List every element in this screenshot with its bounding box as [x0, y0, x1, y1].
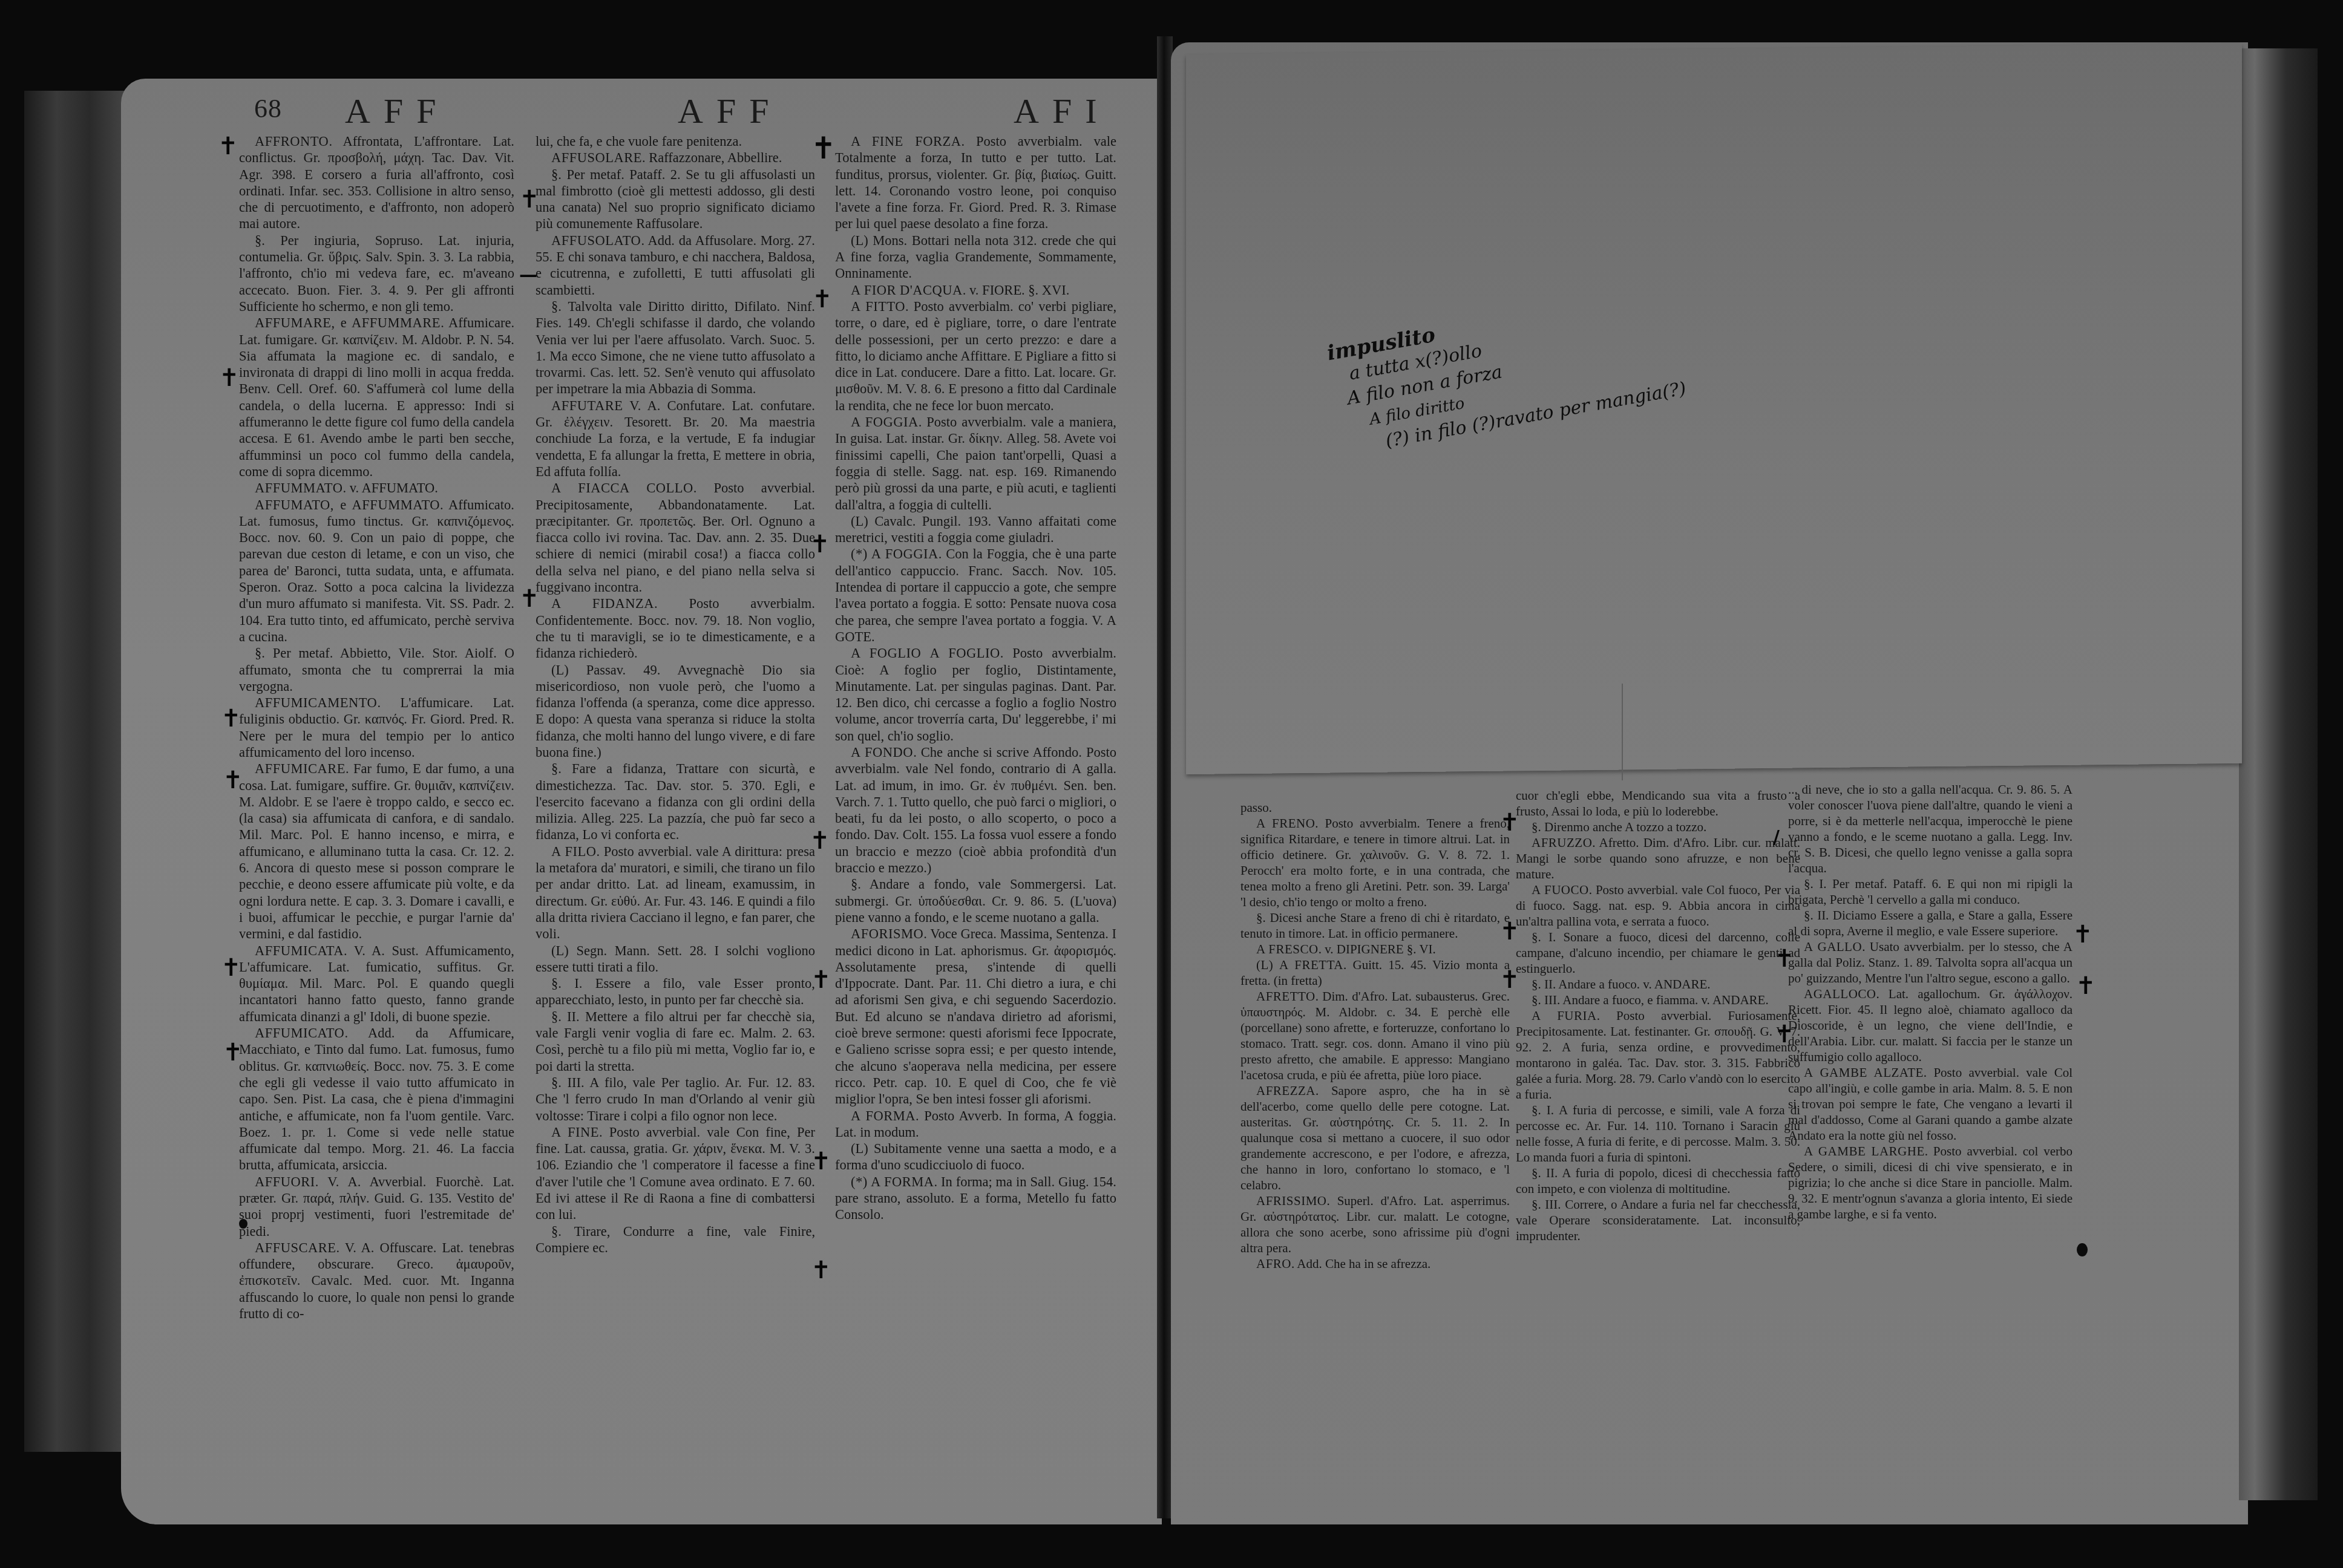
dictionary-subentry: ... di neve, che io sto a galla nell'acq… [1788, 782, 2073, 876]
entry-text: §. II. Mettere a filo altrui per far che… [536, 1009, 815, 1074]
dictionary-entry: AFFUTARE V. A. Confutare. Lat. confutare… [536, 397, 815, 480]
entry-text: §. Per metaf. Pataff. 2. Se tu gli affus… [536, 167, 815, 232]
margin-cross-mark-icon: ✝ [1774, 1022, 1795, 1047]
margin-dash-mark-icon: — [519, 266, 537, 284]
dictionary-subentry: §. Tirare, Condurre a fine, vale Finire,… [536, 1223, 815, 1256]
left-page-column-2: lui, che fa, e che vuole fare penitenza.… [536, 133, 815, 1256]
entry-headword: AFFUMICAMENTO [255, 695, 377, 710]
entry-text: . Che anche si scrive Affondo. Posto avv… [835, 745, 1116, 875]
entry-text: . Far fumo, E dar fumo, a una cosa. Lat.… [239, 761, 514, 941]
dictionary-entry: A FINE. Posto avverbial. vale Con fine, … [536, 1124, 815, 1223]
margin-cross-mark-icon: ✝ [1499, 968, 1520, 992]
dictionary-subentry: §. II. A furia di popolo, dicesi di chec… [1516, 1165, 1800, 1197]
margin-cross-mark-icon: ✝ [223, 768, 243, 792]
dictionary-subentry: §. I. Sonare a fuoco, dicesi del darcenn… [1516, 929, 1800, 976]
entry-headword: AFRISSIMO [1256, 1194, 1327, 1208]
left-page-column-3: A FINE FORZA. Posto avverbialm. vale Tot… [835, 133, 1116, 1223]
dictionary-subentry: §. II. Andare a fuoco. v. ANDARE. [1516, 976, 1800, 992]
dictionary-entry: A FILO. Posto avverbial. vale A dirittur… [536, 843, 815, 942]
running-head-right: AFI [1014, 91, 1110, 131]
entry-headword: AFFUORI [255, 1174, 315, 1189]
running-head: 68 AFF AFF AFI [254, 91, 1138, 139]
entry-text: §. Dicesi anche Stare a freno di chi è r… [1240, 910, 1510, 941]
dictionary-entry: A FIACCA COLLO. Posto avverbial. Precipi… [536, 480, 815, 595]
dictionary-subentry: passo. [1240, 800, 1510, 815]
entry-headword: (L) A FRETTA [1256, 958, 1343, 972]
dictionary-entry: A GALLO. Usato avverbialm. per lo stesso… [1788, 939, 2073, 986]
entry-headword: AFFUSCARE [255, 1240, 336, 1255]
entry-text: (L) Mons. Bottari nella nota 312. crede … [835, 233, 1116, 281]
entry-headword: AFRETTO [1256, 989, 1316, 1004]
margin-cross-mark-icon: ✝ [2076, 974, 2096, 998]
entry-text: (L) Segn. Mann. Sett. 28. I solchi vogli… [536, 943, 815, 975]
entry-text: . Affumicare. Lat. fumigare. Gr. καπνίζε… [239, 315, 514, 479]
dictionary-entry: AFFRONTO. Affrontata, L'affrontare. Lat.… [239, 133, 514, 232]
entry-headword: A FINE [551, 1125, 599, 1140]
margin-cross-mark-icon: ✝ [812, 287, 833, 312]
margin-cross-mark-icon: ✝ [811, 1149, 831, 1174]
entry-headword: A FRESCO [1256, 942, 1319, 956]
entry-text: (L) Cavalc. Pungil. 193. Vanno affaitati… [835, 514, 1116, 545]
margin-cross-mark-icon: ✝ [2073, 923, 2093, 947]
dictionary-subentry: §. Talvolta vale Diritto diritto, Difila… [536, 298, 815, 397]
entry-headword: (*) A FORMA [851, 1174, 934, 1189]
page-number: 68 [254, 93, 282, 124]
entry-text: . Posto avverbial. Precipitosamente, Abb… [536, 480, 815, 595]
entry-text: §. Andare a fondo, vale Sommergersi. Lat… [835, 877, 1116, 925]
margin-cross-mark-icon: ✝ [810, 829, 830, 853]
entry-headword: AFFUMMATO [255, 480, 342, 495]
entry-text: §. Per metaf. Abbietto, Vile. Stor. Aiol… [239, 645, 514, 694]
entry-text: . Add. da Affumicare, Macchiato, e Tinto… [239, 1025, 514, 1172]
entry-text: lui, che fa, e che vuole fare penitenza. [536, 134, 742, 149]
entry-headword: (*) A FOGGIA [851, 546, 939, 561]
book-fore-edge-right [2239, 48, 2318, 1500]
dictionary-entry: (*) A FOGGIA. Con la Foggia, che è una p… [835, 546, 1116, 645]
margin-cross-mark-icon: ✝ [1499, 920, 1520, 944]
entry-text: ... di neve, che io sto a galla nell'acq… [1788, 782, 2073, 875]
entry-text: §. I. A furia di percosse, e simili, val… [1516, 1103, 1800, 1165]
entry-text: §. III. A filo, vale Per taglio. Ar. Fur… [536, 1075, 815, 1123]
dictionary-subentry: §. III. Andare a fuoco, e fiamma. v. AND… [1516, 992, 1800, 1008]
entry-text: §. Per ingiuria, Sopruso. Lat. injuria, … [239, 233, 514, 314]
entry-text: §. II. Andare a fuoco. v. ANDARE. [1532, 977, 1711, 991]
margin-cross-mark-icon: ✝ [223, 1040, 243, 1065]
dictionary-entry: A FONDO. Che anche si scrive Affondo. Po… [835, 744, 1116, 876]
right-page-column-2: cuor ch'egli ebbe, Mendicando sua vita a… [1516, 788, 1800, 1244]
dictionary-entry: A FITTO. Posto avverbialm. co' verbi pig… [835, 298, 1116, 414]
entry-text: §. II. A furia di popolo, dicesi di chec… [1516, 1166, 1800, 1196]
dictionary-subentry: (L) Passav. 49. Avvegnachè Dio sia miser… [536, 662, 815, 761]
dictionary-entry: AFFUMARE, e AFFUMMARE. Affumicare. Lat. … [239, 315, 514, 480]
left-page-column-1: AFFRONTO. Affrontata, L'affrontare. Lat.… [239, 133, 514, 1322]
entry-text: §. I. Sonare a fuoco, dicesi del darcenn… [1516, 930, 1800, 976]
entry-headword: AFRO [1256, 1256, 1291, 1271]
entry-headword: AFFUTARE [551, 398, 623, 413]
entry-headword: A GAMBE ALZATE [1804, 1065, 1924, 1080]
entry-text: . Voce Greca. Massima, Sentenza. I medic… [835, 926, 1116, 1106]
margin-cross-mark-icon: ✝ [811, 133, 836, 163]
dictionary-entry: AGALLOCO. Lat. agallochum. Gr. ἀγάλλοχον… [1788, 986, 2073, 1065]
dictionary-subentry: §. III. Correre, o Andare a furia nel fa… [1516, 1197, 1800, 1244]
dictionary-subentry: (L) Subitamente venne una saetta a modo,… [835, 1140, 1116, 1174]
entry-headword: AFFUMICATO [255, 1025, 344, 1040]
dictionary-subentry: (L) Segn. Mann. Sett. 28. I solchi vogli… [536, 942, 815, 976]
entry-headword: A FIOR D'ACQUA [851, 283, 963, 298]
dictionary-entry: AFFUMMATO. v. AFFUMATO. [239, 480, 514, 496]
dictionary-subentry: §. II. Diciamo Essere a galla, e Stare a… [1788, 907, 2073, 939]
entry-headword: A FOGLIO A FOGLIO [851, 645, 1000, 661]
margin-cross-mark-icon: ✝ [221, 707, 241, 731]
dictionary-subentry: §. Dicesi anche Stare a freno di chi è r… [1240, 910, 1510, 941]
entry-headword: A FIACCA COLLO [551, 480, 693, 495]
entry-text: cuor ch'egli ebbe, Mendicando sua vita a… [1516, 788, 1800, 818]
dictionary-subentry: §. Per metaf. Pataff. 2. Se tu gli affus… [536, 166, 815, 232]
dictionary-subentry: §. Per ingiuria, Sopruso. Lat. injuria, … [239, 232, 514, 315]
dictionary-entry: AFREZZA. Sapore aspro, che ha in sè dell… [1240, 1083, 1510, 1193]
dictionary-entry: AFFUMATO, e AFFUMMATO. Affumicato. Lat. … [239, 497, 514, 645]
slip-crease [1622, 684, 1623, 780]
entry-text: §. Tirare, Condurre a fine, vale Finire,… [536, 1224, 815, 1255]
entry-headword: A GALLO [1804, 939, 1862, 954]
dictionary-subentry: §. Direnmo anche A tozzo a tozzo. [1516, 819, 1800, 835]
dictionary-entry: AFRISSIMO. Superl. d'Afro. Lat. asperrim… [1240, 1193, 1510, 1256]
dictionary-entry: AFRUZZO. Afretto. Dim. d'Afro. Libr. cur… [1516, 835, 1800, 882]
dictionary-entry: (L) A FRETTA. Guitt. 15. 45. Vizio monta… [1240, 957, 1510, 988]
entry-text: §. III. Andare a fuoco, e fiamma. v. AND… [1532, 993, 1769, 1007]
entry-text: §. Talvolta vale Diritto diritto, Difila… [536, 299, 815, 396]
entry-text: . Posto avverbialm. co' verbi pigliare, … [835, 299, 1116, 413]
dictionary-entry: A FOGLIO A FOGLIO. Posto avverbialm. Cio… [835, 645, 1116, 744]
entry-headword: A FURIA [1532, 1008, 1597, 1023]
entry-text: §. Fare a fidanza, Trattare con sicurtà,… [536, 761, 815, 842]
dictionary-subentry: cuor ch'egli ebbe, Mendicando sua vita a… [1516, 788, 1800, 819]
dictionary-entry: A GAMBE ALZATE. Posto avverbial. vale Co… [1788, 1065, 2073, 1143]
entry-headword: A FITTO [851, 299, 905, 314]
entry-headword: A FIDANZA [551, 596, 654, 611]
entry-text: . v. DIPIGNERE §. VI. [1319, 942, 1436, 956]
dictionary-entry: AFRETTO. Dim. d'Afro. Lat. subausterus. … [1240, 988, 1510, 1083]
entry-text: §. I. Per metaf. Pataff. 6. E qui non mi… [1788, 877, 2073, 907]
dictionary-entry: AFFUSOLARE. Raffazzonare, Abbellire. [536, 149, 815, 166]
entry-headword: A FORMA [851, 1108, 916, 1123]
entry-headword: A FUOCO [1532, 883, 1589, 897]
entry-text: (L) Passav. 49. Avvegnachè Dio sia miser… [536, 662, 815, 760]
dictionary-subentry: §. Fare a fidanza, Trattare con sicurtà,… [536, 760, 815, 843]
dictionary-entry: AFFUSCARE. V. A. Offuscare. Lat. tenebra… [239, 1240, 514, 1322]
margin-cross-mark-icon: ✝ [218, 134, 238, 158]
entry-text: . v. AFFUMATO. [342, 480, 438, 495]
dictionary-entry: A FIDANZA. Posto avverbialm. Confidentem… [536, 595, 815, 661]
entry-text: . Sapore aspro, che ha in sè dell'acerbo… [1240, 1083, 1510, 1192]
entry-headword: AFREZZA [1256, 1083, 1316, 1098]
ink-blot [2077, 1243, 2088, 1256]
entry-headword: A FONDO [851, 745, 913, 760]
entry-text: (L) Subitamente venne una saetta a modo,… [835, 1141, 1116, 1172]
entry-text: . Add. Che ha in se afrezza. [1291, 1256, 1430, 1271]
entry-headword: A FOGGIA [851, 414, 919, 430]
dictionary-subentry: §. II. Mettere a filo altrui per far che… [536, 1008, 815, 1074]
entry-text: passo. [1240, 800, 1272, 815]
dictionary-entry: AFFUORI. V. A. Avverbial. Fuorchè. Lat. … [239, 1174, 514, 1240]
dictionary-entry: (*) A FORMA. In forma; ma in Sall. Giug.… [835, 1174, 1116, 1223]
entry-headword: AFFRONTO [255, 134, 329, 149]
entry-text: . Affumicato. Lat. fumosus, fumo tinctus… [239, 497, 514, 644]
dictionary-entry: A FRENO. Posto avverbialm. Tenere a fren… [1240, 815, 1510, 910]
right-page-column-1: passo.A FRENO. Posto avverbialm. Tenere … [1240, 800, 1510, 1272]
right-page-column-3: ... di neve, che io sto a galla nell'acq… [1788, 782, 2073, 1222]
dictionary-subentry: §. Andare a fondo, vale Sommergersi. Lat… [835, 876, 1116, 926]
dictionary-subentry: §. Per metaf. Abbietto, Vile. Stor. Aiol… [239, 645, 514, 694]
entry-headword: AFORISMO [851, 926, 923, 941]
book-fore-edge-left [24, 91, 133, 1452]
dictionary-subentry: (L) Mons. Bottari nella nota 312. crede … [835, 232, 1116, 282]
margin-cross-mark-icon: ✝ [1499, 811, 1520, 835]
running-head-left: AFF [345, 91, 449, 131]
running-head-center: AFF [678, 91, 782, 131]
margin-cross-mark-icon: ✝ [810, 532, 830, 557]
dictionary-subentry: §. I. Per metaf. Pataff. 6. E qui non mi… [1788, 876, 2073, 907]
entry-headword: AFFUMARE, e AFFUMMARE [255, 315, 441, 330]
dictionary-entry: AFFUMICARE. Far fumo, E dar fumo, a una … [239, 760, 514, 942]
entry-headword: A FRENO [1256, 816, 1315, 831]
dictionary-subentry: (L) Cavalc. Pungil. 193. Vanno affaitati… [835, 513, 1116, 546]
entry-headword: A GAMBE LARGHE [1804, 1144, 1925, 1158]
ink-blot [239, 1219, 247, 1229]
entry-text: §. Direnmo anche A tozzo a tozzo. [1532, 820, 1706, 834]
entry-text: . v. FIORE. §. XVI. [963, 283, 1070, 298]
dictionary-entry: AFFUMICAMENTO. L'affumicare. Lat. fuligi… [239, 694, 514, 760]
dictionary-entry: A FINE FORZA. Posto avverbialm. vale Tot… [835, 133, 1116, 232]
dictionary-subentry: §. III. A filo, vale Per taglio. Ar. Fur… [536, 1074, 815, 1124]
margin-cross-mark-icon: ✝ [811, 1258, 831, 1282]
dictionary-entry: A FURIA. Posto avverbial. Furiosamente, … [1516, 1008, 1800, 1102]
dictionary-entry: A FIOR D'ACQUA. v. FIORE. §. XVI. [835, 282, 1116, 298]
entry-text: . Raffazzonare, Abbellire. [642, 150, 782, 165]
dictionary-entry: AFORISMO. Voce Greca. Massima, Sentenza.… [835, 926, 1116, 1107]
entry-text: §. I. Essere a filo, vale Esser pronto, … [536, 976, 815, 1007]
dictionary-subentry: §. I. A furia di percosse, e simili, val… [1516, 1102, 1800, 1165]
entry-headword: AFFUSOLARE [551, 150, 642, 165]
dictionary-entry: A FOGGIA. Posto avverbialm. vale a manie… [835, 414, 1116, 513]
dictionary-entry: A FUOCO. Posto avverbial. vale Col fuoco… [1516, 882, 1800, 929]
entry-text: §. III. Correre, o Andare a furia nel fa… [1516, 1197, 1800, 1243]
entry-text: §. II. Diciamo Essere a galla, e Stare a… [1788, 908, 2073, 938]
dictionary-entry: A FORMA. Posto Avverb. In forma, A foggi… [835, 1108, 1116, 1141]
margin-cross-mark-icon: ✝ [519, 188, 540, 212]
entry-headword: A FILO [551, 844, 597, 859]
entry-headword: AGALLOCO [1804, 987, 1876, 1001]
entry-headword: AFFUSOLATO [551, 233, 641, 248]
margin-cross-mark-icon: ✝ [221, 956, 241, 980]
dictionary-subentry: §. I. Essere a filo, vale Esser pronto, … [536, 975, 815, 1008]
dictionary-entry: A FRESCO. v. DIPIGNERE §. VI. [1240, 941, 1510, 957]
margin-cross-mark-icon: ✝ [1774, 947, 1795, 971]
dictionary-subentry: lui, che fa, e che vuole fare penitenza. [536, 133, 815, 149]
dictionary-entry: AFRO. Add. Che ha in se afrezza. [1240, 1256, 1510, 1272]
entry-headword: A FINE FORZA [851, 134, 961, 149]
margin-cross-mark-icon: ✝ [219, 366, 240, 390]
margin-dash-mark-icon: / [1773, 829, 1780, 847]
dictionary-entry: A GAMBE LARGHE. Posto avverbial. col ver… [1788, 1143, 2073, 1222]
dictionary-entry: AFFUMICATA. V. A. Sust. Affumicamento, L… [239, 942, 514, 1025]
entry-headword: AFFUMATO, e AFFUMMATO [255, 497, 440, 512]
entry-headword: AFFUMICARE [255, 761, 346, 776]
margin-cross-mark-icon: ✝ [519, 587, 540, 611]
entry-headword: AFRUZZO [1532, 835, 1592, 850]
margin-cross-mark-icon: ✝ [811, 968, 831, 992]
dictionary-entry: AFFUSOLATO. Add. da Affusolare. Morg. 27… [536, 232, 815, 298]
entry-headword: AFFUMICATA [255, 943, 344, 958]
dictionary-entry: AFFUMICATO. Add. da Affumicare, Macchiat… [239, 1025, 514, 1174]
